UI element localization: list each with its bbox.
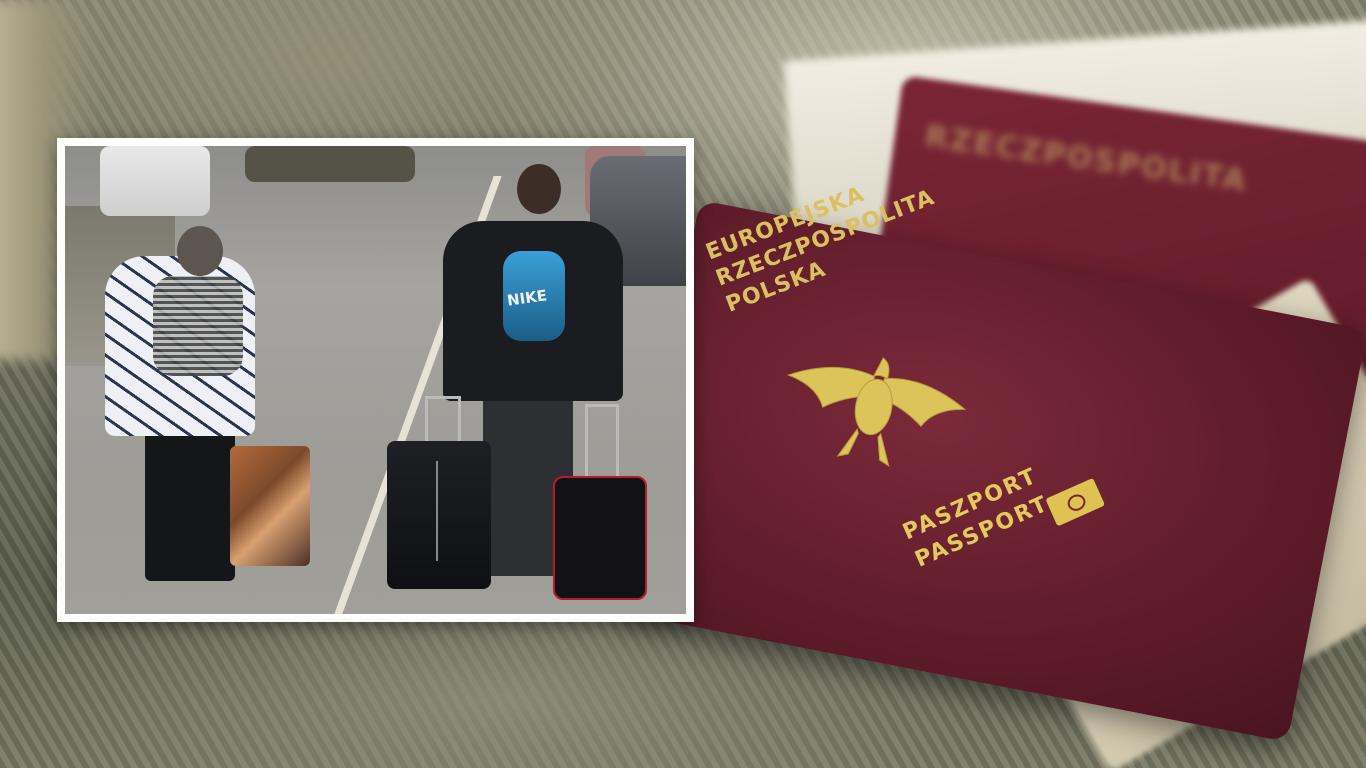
suitcase-small: [553, 476, 647, 600]
car: [100, 146, 210, 216]
eagle-emblem-icon: [764, 329, 983, 485]
nike-backpack: NIKE: [503, 251, 565, 341]
woman-legs: [145, 431, 235, 581]
suitcase-large: [387, 441, 491, 589]
suitcase-handle: [425, 396, 461, 445]
shopping-trolley: [230, 446, 310, 566]
passport-title: PASZPORT PASSPORT: [898, 462, 1055, 576]
background-passport-text: RZECZPOSPOLITA: [923, 119, 1250, 199]
inset-photo: NIKE: [65, 146, 686, 614]
car: [245, 146, 415, 182]
inset-photo-frame: NIKE: [57, 138, 694, 622]
woman-head: [177, 226, 223, 276]
man-head: [517, 164, 561, 214]
backpack-logo: NIKE: [506, 286, 548, 309]
suitcase-handle: [585, 404, 619, 479]
biometric-chip-icon: [1045, 478, 1105, 527]
woman-backpack: [153, 276, 243, 376]
